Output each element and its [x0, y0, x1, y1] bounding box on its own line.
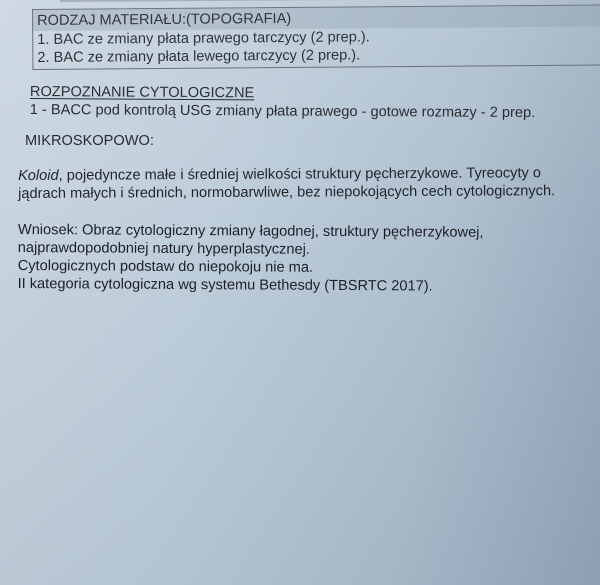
cytological-diagnosis-line: 1 - BACC pod kontrolą USG zmiany płata p…	[30, 101, 535, 122]
material-item: 2. BAC ze zmiany płata lewego tarczycy (…	[33, 44, 600, 69]
colloid-term: Koloid	[18, 168, 59, 184]
material-type-box: RODZAJ MATERIAŁU:(TOPOGRAFIA) 1. BAC ze …	[32, 4, 600, 70]
microscopy-line-1-rest: , pojedyncze małe i średniej wielkości s…	[59, 165, 541, 184]
page-top-border-line	[60, 0, 600, 2]
microscopy-description: Koloid, pojedyncze małe i średniej wielk…	[18, 164, 555, 203]
microscopy-line-2: jądrach małych i średnich, normobarwliwe…	[18, 182, 555, 203]
microscopy-label: MIKROSKOPOWO:	[25, 132, 154, 150]
conclusion-line: II kategoria cytologiczna wg systemu Bet…	[18, 275, 484, 296]
cytological-diagnosis-section: ROZPOZNANIE CYTOLOGICZNE 1 - BACC pod ko…	[30, 83, 536, 122]
conclusion-section: Wniosek: Obraz cytologiczny zmiany łagod…	[18, 221, 484, 296]
